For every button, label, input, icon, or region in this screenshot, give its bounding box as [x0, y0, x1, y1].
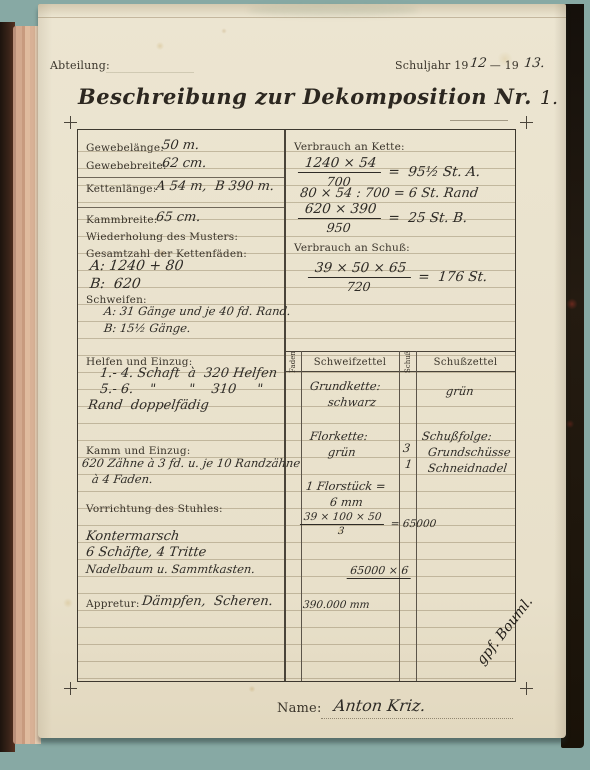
- schweifen-a: A: 31 Gänge und je 40 fd. Rand.: [103, 304, 291, 318]
- subtable-col-schuss: Schuß: [404, 351, 412, 373]
- schuljahr-mid: — 19: [486, 59, 519, 72]
- form-page: Abteilung: Schuljahr 19 12 — 19 13. Besc…: [38, 4, 566, 738]
- flor-calc-numerator: 39 × 100 × 50: [300, 511, 385, 525]
- column-divider: [284, 130, 286, 681]
- schusszettel-color: grün: [445, 384, 474, 398]
- name-value: Anton Kriz.: [333, 696, 427, 715]
- page-title-text: Beschreibung zur Dekomposition Nr.: [78, 84, 532, 109]
- scanned-notebook-page: Abteilung: Schuljahr 19 12 — 19 13. Besc…: [0, 0, 590, 770]
- schussfolge-line2: Schneidnadel: [427, 461, 508, 475]
- appretur-label: Appretur:: [86, 598, 140, 610]
- subtable-col-faden: Faden: [289, 351, 297, 373]
- schuljahr-year-from: 12: [469, 56, 487, 71]
- ink-ghost-smudge: [248, 4, 418, 16]
- page-title-number: 1.: [532, 87, 558, 109]
- helfen-line1: 1.- 4. Schaft à 320 Helfen: [99, 366, 278, 381]
- schussfolge-label: Schußfolge:: [421, 429, 492, 443]
- name-label: Name:: [277, 701, 322, 716]
- florstueck-line1: 1 Florstück =: [305, 479, 386, 493]
- kettenlaenge-label: Kettenlänge:: [86, 183, 156, 195]
- corner-registration-mark-icon: [520, 116, 533, 129]
- kette-calc-2: 620 × 390950 = 25 St. B.: [296, 201, 469, 235]
- kette-calc-1: 1240 × 54700 = 95½ St. A.: [296, 155, 482, 189]
- verbrauch-schuss-label: Verbrauch an Schuß:: [294, 242, 410, 254]
- kammbreite-label: Kammbreite:: [86, 214, 158, 226]
- gesamtzahl-b: B: 620: [89, 276, 142, 292]
- schweifen-b: B: 15½ Gänge.: [103, 321, 191, 335]
- schuss-calc-numerator: 39 × 50 × 65: [308, 260, 413, 278]
- abteilung-blank-line: [106, 72, 194, 73]
- gewebelaenge-label: Gewebelänge:: [86, 142, 164, 154]
- page-title: Beschreibung zur Dekomposition Nr.1.: [78, 84, 510, 109]
- gesamtzahl-a: A: 1240 + 80: [89, 258, 184, 274]
- helfen-line2: 5.- 6. " " 310 ": [99, 382, 264, 397]
- title-number-underline: [450, 120, 508, 121]
- vorrichtung-line1: Kontermarsch: [85, 529, 180, 544]
- kette-calc-1-result: = 95½ St. A.: [388, 164, 481, 180]
- decomposition-form-table: Gewebelänge: 50 m. Gewebebreite: 62 cm. …: [77, 129, 516, 682]
- schuss-calc: 39 × 50 × 65720 = 176 St.: [306, 260, 489, 294]
- vorrichtung-line3: Nadelbaum u. Sammtkasten.: [85, 562, 256, 576]
- schussfolge-line1: Grundschüsse: [427, 445, 511, 459]
- flor-calc: 39 × 100 × 503 = 65000: [299, 511, 438, 537]
- subtable-col-schweifzettel: Schweifzettel: [301, 357, 399, 368]
- kamm-line1: 620 Zähne à 3 fd. u. je 10 Randzähne: [81, 456, 301, 470]
- schuss-calc-denominator: 720: [346, 278, 372, 294]
- gewebelaenge-value: 50 m.: [161, 138, 200, 153]
- vorrichtung-label: Vorrichtung des Stuhles:: [86, 503, 223, 515]
- schuljahr-label: Schuljahr 19: [395, 59, 469, 72]
- gewebebreite-value: 62 cm.: [161, 156, 207, 171]
- florkette-color: grün: [327, 445, 356, 459]
- kamm-line2: à 4 Faden.: [91, 472, 154, 486]
- grundkette-color: schwarz: [327, 395, 377, 409]
- schuss-count-2: 1: [404, 457, 413, 471]
- section-separator: [78, 207, 284, 208]
- helfen-line3: Rand doppelfädig: [87, 398, 210, 413]
- corner-registration-mark-icon: [64, 116, 77, 129]
- florstueck-line2: 6 mm: [329, 495, 364, 509]
- kette-calc-2-numerator: 620 × 390: [298, 201, 383, 219]
- schuss-calc-result: = 176 St.: [417, 269, 488, 285]
- kette-calc-2-result: = 25 St. B.: [388, 210, 469, 226]
- wiederholung-label: Wiederholung des Musters:: [86, 231, 238, 243]
- schuljahr-year-to: 13.: [523, 56, 546, 71]
- kette-calc-2-denominator: 950: [326, 219, 352, 235]
- schuss-count-1: 3: [402, 441, 411, 455]
- name-underline: [321, 717, 513, 719]
- gewebebreite-label: Gewebebreite:: [86, 160, 167, 172]
- kettenlaenge-value: A 54 m, B 390 m.: [155, 179, 275, 194]
- corner-registration-mark-icon: [64, 682, 77, 695]
- corner-registration-mark-icon: [520, 682, 533, 695]
- verbrauch-kette-label: Verbrauch an Kette:: [294, 141, 405, 153]
- flor-calc-total-bottom: 390.000 mm: [302, 598, 408, 611]
- kammbreite-value: 65 cm.: [155, 210, 201, 225]
- florkette-label: Florkette:: [309, 429, 369, 443]
- section-separator: [78, 177, 284, 178]
- vorrichtung-line2: 6 Schäfte, 4 Tritte: [85, 545, 207, 560]
- appretur-value: Dämpfen, Scheren.: [141, 594, 274, 609]
- flor-calc-total: 65000 × 6 390.000 mm: [298, 540, 414, 649]
- flor-calc-result: = 65000: [390, 518, 437, 530]
- stacked-page-edges: [13, 26, 41, 744]
- kette-calc-1-numerator: 1240 × 54: [298, 155, 383, 173]
- flor-calc-denominator: 3: [337, 525, 345, 537]
- kette-calc-rand: 80 × 54 : 700 = 6 St. Rand: [299, 186, 479, 201]
- abteilung-label: Abteilung:: [50, 59, 110, 72]
- grundkette-label: Grundkette:: [309, 379, 381, 393]
- subtable-col-schusszettel: Schußzettel: [416, 357, 515, 368]
- flor-calc-total-top: 65000 × 6: [346, 564, 412, 579]
